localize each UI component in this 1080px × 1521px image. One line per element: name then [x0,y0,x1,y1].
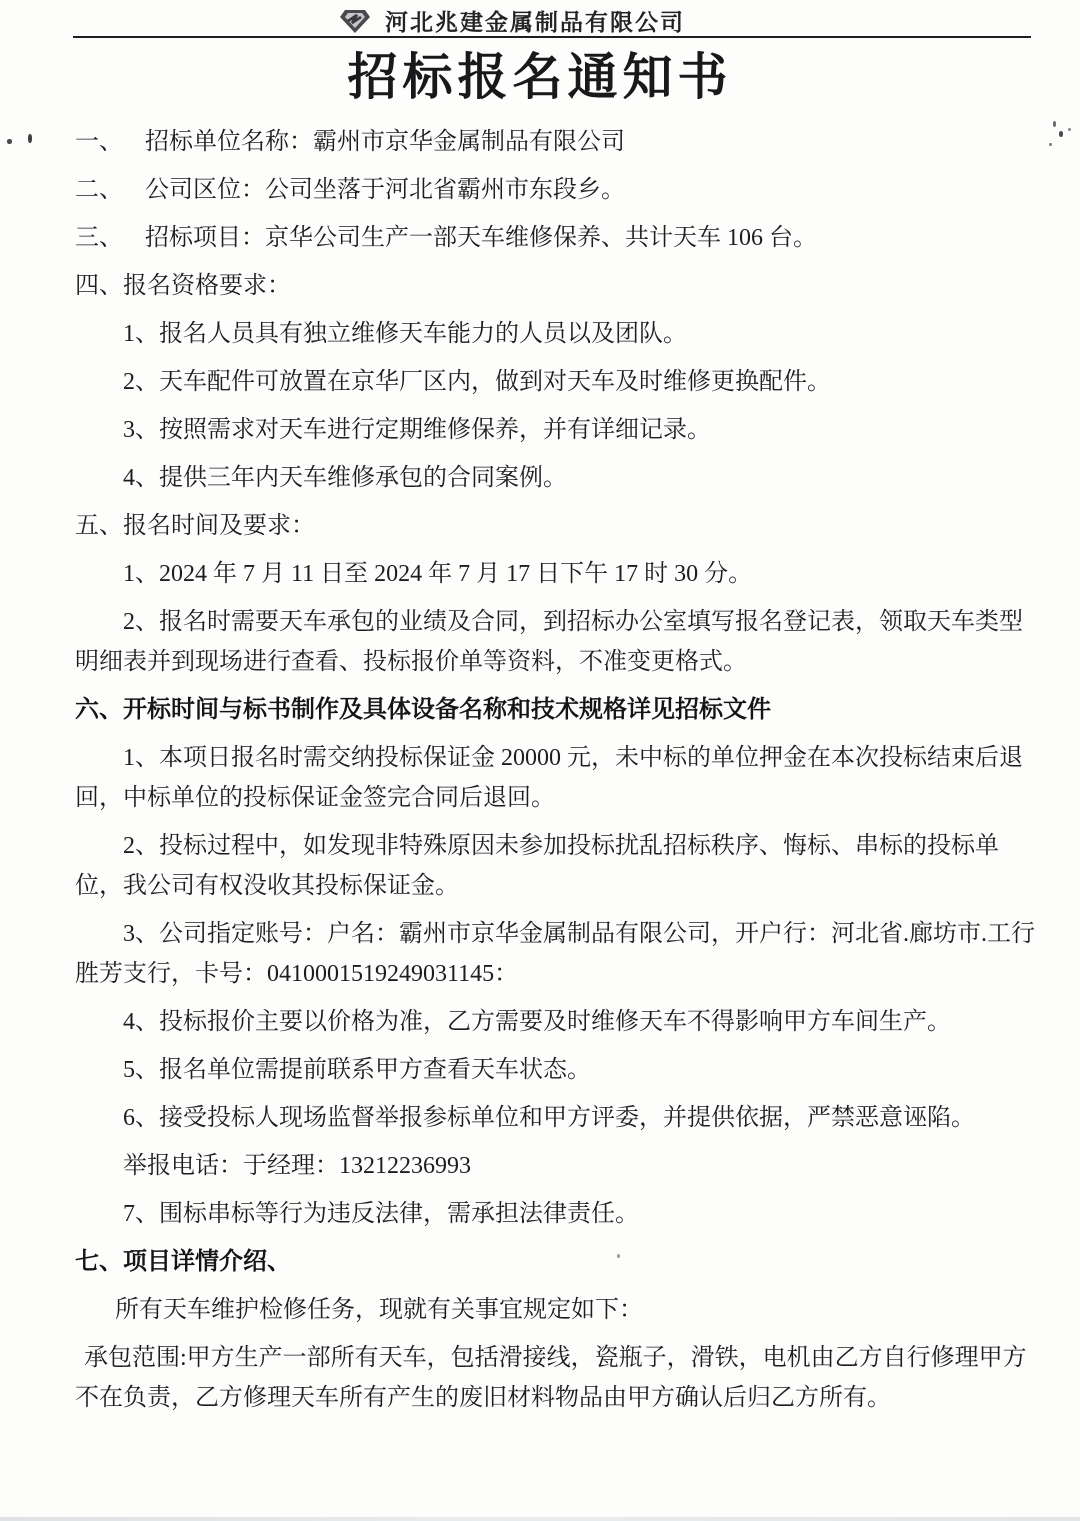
section-4-sub-2: 2、天车配件可放置在京华厂区内，做到对天车及时维修更换配件。 [75,362,1035,402]
section-5-number: 五、 [75,513,123,539]
section-6-sub-2: 2、投标过程中，如发现非特殊原因未参加投标扰乱招标秩序、悔标、串标的投标单位，我… [75,826,1035,906]
item-2-text: 公司区位：公司坐落于河北省霸州市东段乡。 [145,177,625,203]
section-7-paragraph-1: 所有天车维护检修任务，现就有关事宜规定如下： [75,1290,1035,1330]
company-logo-icon [339,8,371,34]
section-6-heading: 六、开标时间与标书制作及具体设备名称和技术规格详见招标文件 [75,690,1035,730]
item-2-number: 二、 [75,170,145,210]
item-3-number: 三、 [75,218,145,258]
section-6-text: 开标时间与标书制作及具体设备名称和技术规格详见招标文件 [123,697,771,723]
section-7-number: 七、 [75,1249,123,1275]
item-1-text: 招标单位名称：霸州市京华金属制品有限公司 [145,129,625,155]
item-1-number: 一、 [75,122,145,162]
section-5-heading: 五、报名时间及要求： [75,506,1035,546]
document-title: 招标报名通知书 [0,48,1080,106]
section-6-sub-4: 4、投标报价主要以价格为准，乙方需要及时维修天车不得影响甲方车间生产。 [75,1002,1035,1042]
section-6-sub-3-bank-account: 3、公司指定账号：户名：霸州市京华金属制品有限公司，开户行：河北省.廊坊市.工行… [75,914,1035,994]
section-4-sub-1: 1、报名人员具有独立维修天车能力的人员以及团队。 [75,314,1035,354]
item-3: 三、招标项目：京华公司生产一部天车维修保养、共计天车 106 台。 [75,218,1035,258]
company-name: 河北兆建金属制品有限公司 [385,4,685,37]
scan-speckle [28,134,32,143]
section-5-sub-1: 1、2024 年 7 月 11 日至 2024 年 7 月 17 日下午 17 … [75,554,1035,594]
section-5-text: 报名时间及要求： [123,513,315,539]
section-7-text: 项目详情介绍、 [123,1249,291,1275]
report-phone-line: 举报电话：于经理：13212236993 [75,1146,1035,1186]
section-5-sub-2: 2、报名时需要天车承包的业绩及合同，到招标办公室填写报名登记表，领取天车类型明细… [75,602,1035,682]
item-3-text: 招标项目：京华公司生产一部天车维修保养、共计天车 106 台。 [145,225,817,251]
section-4-sub-4: 4、提供三年内天车维修承包的合同案例。 [75,458,1035,498]
scan-speckle [1049,143,1052,146]
scanned-document-page: 河北兆建金属制品有限公司 招标报名通知书 一、招标单位名称：霸州市京华金属制品有… [0,0,1080,1521]
section-4-text: 报名资格要求： [123,273,291,299]
section-4-heading: 四、报名资格要求： [75,266,1035,306]
item-1: 一、招标单位名称：霸州市京华金属制品有限公司 [75,122,1035,162]
section-7-heading: 七、项目详情介绍、 [75,1242,1035,1282]
section-7-paragraph-2-contract-scope: 承包范围:甲方生产一部所有天车，包括滑接线，瓷瓶子，滑铁，电机由乙方自行修理甲方… [75,1338,1035,1418]
scan-speckle [1059,131,1063,137]
section-6-sub-7: 7、围标串标等行为违反法律，需承担法律责任。 [75,1194,1035,1234]
item-2: 二、公司区位：公司坐落于河北省霸州市东段乡。 [75,170,1035,210]
section-6-sub-5: 5、报名单位需提前联系甲方查看天车状态。 [75,1050,1035,1090]
section-4-sub-3: 3、按照需求对天车进行定期维修保养，并有详细记录。 [75,410,1035,450]
scan-speckle [1068,128,1071,131]
scan-bottom-edge [0,1517,1080,1521]
document-body: 一、招标单位名称：霸州市京华金属制品有限公司 二、公司区位：公司坐落于河北省霸州… [0,122,1080,1418]
section-4-number: 四、 [75,273,123,299]
section-6-sub-1: 1、本项日报名时需交纳投标保证金 20000 元，未中标的单位押金在本次投标结束… [75,738,1035,818]
section-6-number: 六、 [75,697,123,723]
scan-speckle [617,1254,620,1258]
letterhead: 河北兆建金属制品有限公司 [73,0,1031,38]
scan-speckle [1053,121,1056,127]
section-6-sub-6: 6、接受投标人现场监督举报参标单位和甲方评委，并提供依据，严禁恶意诬陷。 [75,1098,1035,1138]
scan-speckle [7,139,12,144]
